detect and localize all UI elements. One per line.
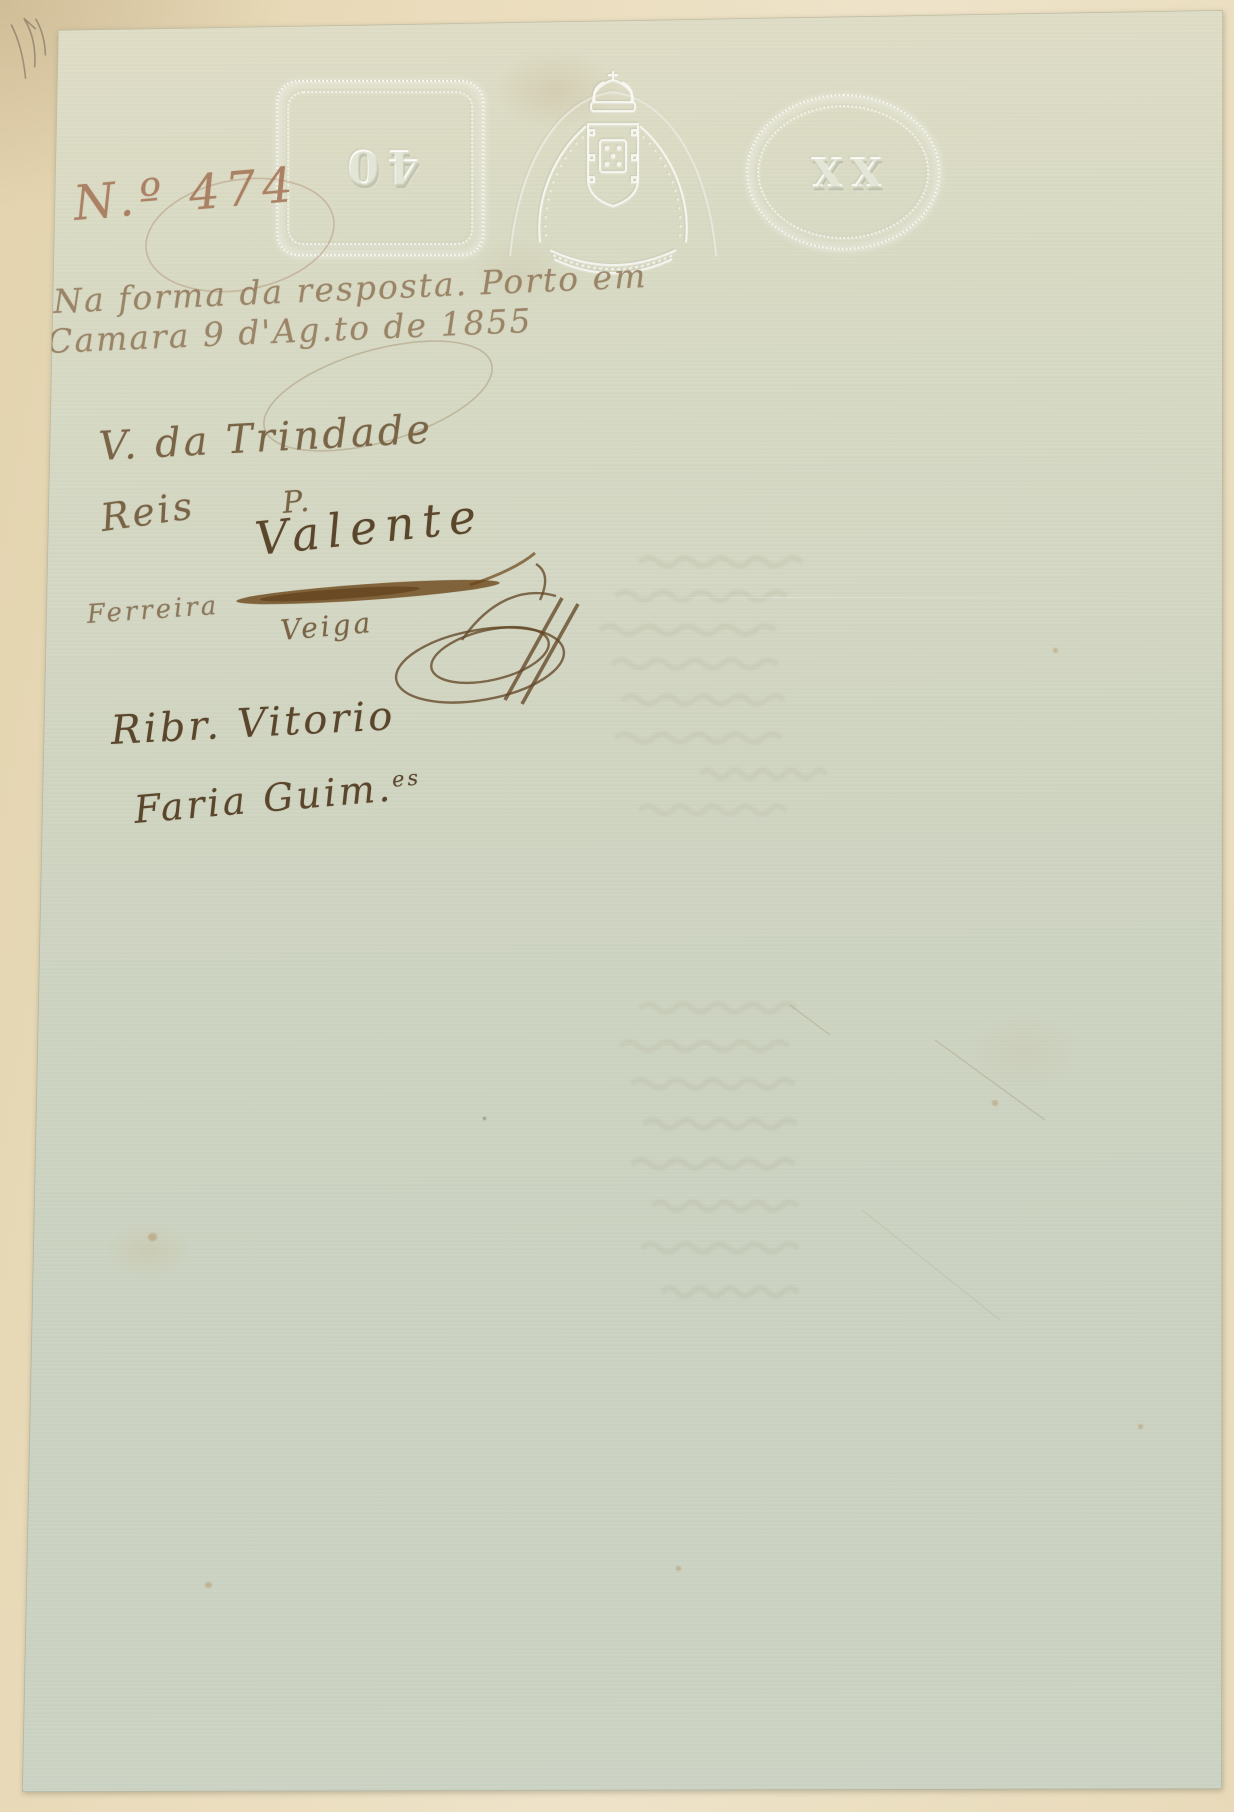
foxing-spot [676, 1566, 681, 1571]
embossed-tax-stamp-40: 40 [276, 80, 484, 256]
signature-faria-guimaraes: Faria Guim.es [132, 763, 423, 832]
stamp-value: 40 [340, 141, 420, 195]
foxing-spot [1138, 1424, 1143, 1429]
manuscript-scan: 40 [0, 0, 1234, 1812]
signature-ferreira: Ferreira [86, 591, 220, 630]
stamp-ornament-border: XX [757, 105, 929, 239]
registry-number: N.º 474 [71, 157, 301, 232]
page-wrapper: 40 [0, 0, 1234, 1812]
ink-speck [483, 1117, 486, 1120]
signature-ribeiro-vitorio: Ribr. Vitorio [110, 693, 397, 754]
document-page: 40 [0, 0, 1234, 1812]
stamp-ornament-border: 40 [287, 91, 473, 245]
paper-crease [560, 597, 1220, 598]
stamp-value: XX [804, 149, 882, 196]
signature-veiga: Veiga [279, 606, 374, 647]
signature-reis: Reis [98, 483, 198, 540]
paraph-flourish [390, 564, 578, 714]
embossed-tax-stamp-xx: XX [746, 94, 940, 250]
signature-v-da-trindade: V. da Trindade [98, 407, 435, 470]
surface-scratches [790, 1005, 1045, 1320]
foxing-spot [992, 1100, 998, 1106]
royal-coat-of-arms-emboss [480, 56, 746, 276]
foxing-spot [1053, 648, 1058, 653]
foxing-spot [205, 1582, 212, 1588]
foxing-spot [148, 1233, 157, 1241]
